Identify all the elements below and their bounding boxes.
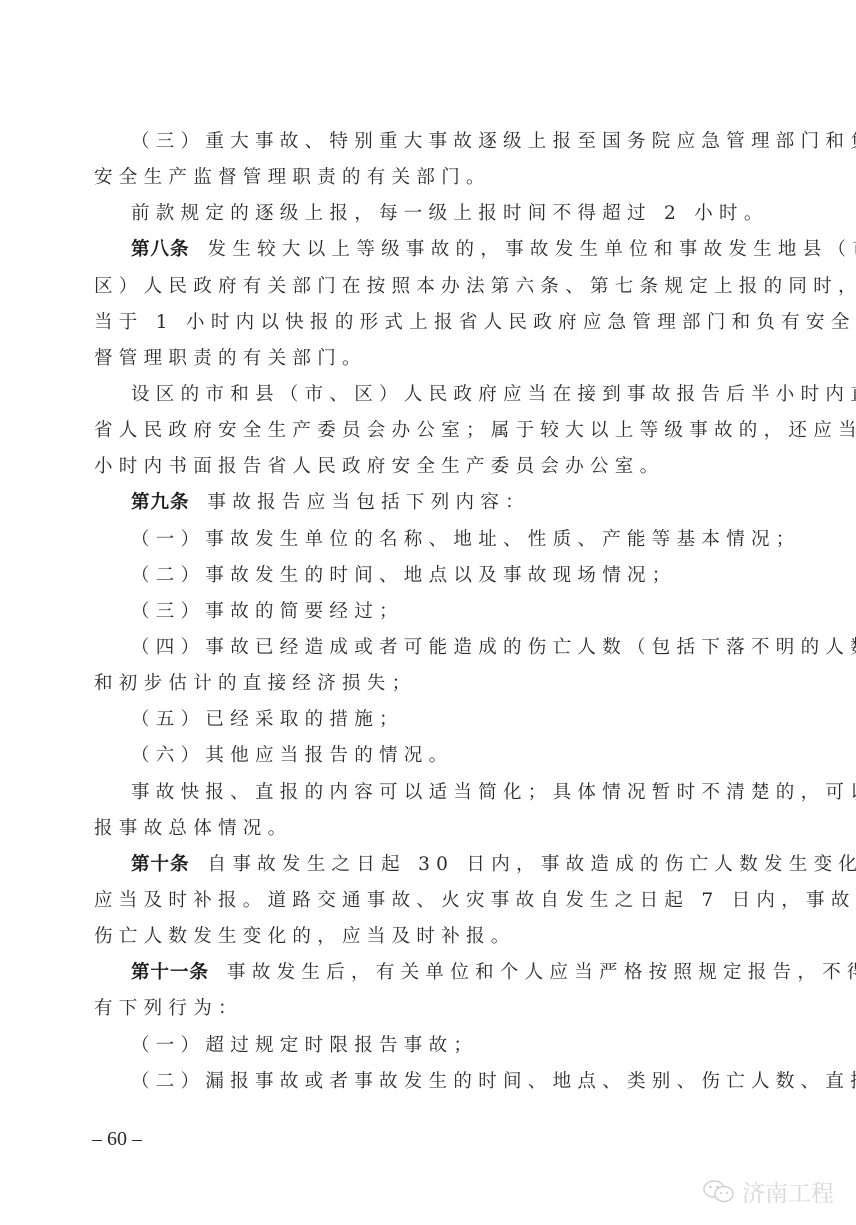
text-line: （六）其他应当报告的情况。 [94, 738, 756, 774]
text-line: 小时内书面报告省人民政府安全生产委员会办公室。 [94, 449, 756, 485]
line-text: （三）重大事故、特别重大事故逐级上报至国务院应急管理部门和负有 [131, 131, 856, 152]
line-text: 伤亡人数发生变化的，应当及时补报。 [94, 926, 516, 947]
text-line: （三）事故的简要经过； [94, 594, 756, 630]
line-text: 安全生产监督管理职责的有关部门。 [94, 167, 491, 188]
text-line: 和初步估计的直接经济损失； [94, 666, 756, 702]
article-heading: 第九条 [131, 492, 190, 513]
line-text: 督管理职责的有关部门。 [94, 348, 367, 369]
line-text: 自事故发生之日起 30 日内，事故造成的伤亡人数发生变化的， [208, 854, 856, 875]
text-line: 设区的市和县（市、区）人民政府应当在接到事故报告后半小时内直报 [94, 377, 756, 413]
page-number: – 60 – [92, 1128, 142, 1151]
text-line: 第九条事故报告应当包括下列内容： [94, 485, 756, 521]
text-line: （二）事故发生的时间、地点以及事故现场情况； [94, 558, 756, 594]
line-text: （五）已经采取的措施； [131, 709, 404, 730]
text-line: （三）重大事故、特别重大事故逐级上报至国务院应急管理部门和负有 [94, 124, 756, 160]
wechat-icon [702, 1179, 736, 1205]
line-text: （一）超过规定时限报告事故； [131, 1035, 478, 1056]
line-text: 区）人民政府有关部门在按照本办法第六条、第七条规定上报的同时，还应 [94, 276, 856, 297]
line-text: 设区的市和县（市、区）人民政府应当在接到事故报告后半小时内直报 [131, 384, 856, 405]
text-line: 当于 1 小时内以快报的形式上报省人民政府应急管理部门和负有安全生产监 [94, 305, 756, 341]
text-line: （四）事故已经造成或者可能造成的伤亡人数（包括下落不明的人数） [94, 630, 756, 666]
text-line: （二）漏报事故或者事故发生的时间、地点、类别、伤亡人数、直接经 [94, 1064, 756, 1100]
line-text: 省人民政府安全生产委员会办公室；属于较大以上等级事故的，还应当在 1 [94, 420, 856, 441]
text-line: 督管理职责的有关部门。 [94, 341, 756, 377]
article-heading: 第十一条 [131, 962, 209, 983]
document-page: （三）重大事故、特别重大事故逐级上报至国务院应急管理部门和负有 安全生产监督管理… [94, 124, 756, 1100]
line-text: （六）其他应当报告的情况。 [131, 745, 453, 766]
line-text: 事故报告应当包括下列内容： [208, 492, 530, 513]
line-text: 和初步估计的直接经济损失； [94, 673, 416, 694]
text-line: 第八条发生较大以上等级事故的，事故发生单位和事故发生地县（市、 [94, 232, 756, 268]
line-text: 发生较大以上等级事故的，事故发生单位和事故发生地县（市、 [208, 239, 856, 260]
watermark-label: 济南工程 [742, 1175, 834, 1208]
text-line: （一）事故发生单位的名称、地址、性质、产能等基本情况； [94, 522, 756, 558]
text-line: 前款规定的逐级上报，每一级上报时间不得超过 2 小时。 [94, 196, 756, 232]
line-text: （三）事故的简要经过； [131, 601, 404, 622]
line-text: 事故发生后，有关单位和个人应当严格按照规定报告，不得 [227, 962, 856, 983]
text-line: （五）已经采取的措施； [94, 702, 756, 738]
text-line: 伤亡人数发生变化的，应当及时补报。 [94, 919, 756, 955]
text-line: （一）超过规定时限报告事故； [94, 1028, 756, 1064]
watermark: 济南工程 [702, 1175, 834, 1208]
text-line: 有下列行为： [94, 991, 756, 1027]
text-line: 省人民政府安全生产委员会办公室；属于较大以上等级事故的，还应当在 1 [94, 413, 756, 449]
line-text: （二）漏报事故或者事故发生的时间、地点、类别、伤亡人数、直接经 [131, 1071, 856, 1092]
text-line: 安全生产监督管理职责的有关部门。 [94, 160, 756, 196]
line-text: 前款规定的逐级上报，每一级上报时间不得超过 2 小时。 [131, 203, 769, 224]
text-line: 事故快报、直报的内容可以适当简化；具体情况暂时不清楚的，可以先 [94, 775, 756, 811]
line-text: 应当及时补报。道路交通事故、火灾事故自发生之日起 7 日内，事故造成的 [94, 890, 856, 911]
line-text: （四）事故已经造成或者可能造成的伤亡人数（包括下落不明的人数） [131, 637, 856, 658]
line-text: 报事故总体情况。 [94, 818, 292, 839]
line-text: 当于 1 小时内以快报的形式上报省人民政府应急管理部门和负有安全生产监 [94, 312, 856, 333]
line-text: 小时内书面报告省人民政府安全生产委员会办公室。 [94, 456, 664, 477]
line-text: （一）事故发生单位的名称、地址、性质、产能等基本情况； [131, 529, 801, 550]
article-heading: 第八条 [131, 239, 190, 260]
text-line: 应当及时补报。道路交通事故、火灾事故自发生之日起 7 日内，事故造成的 [94, 883, 756, 919]
line-text: （二）事故发生的时间、地点以及事故现场情况； [131, 565, 677, 586]
text-line: 报事故总体情况。 [94, 811, 756, 847]
text-line: 第十条自事故发生之日起 30 日内，事故造成的伤亡人数发生变化的， [94, 847, 756, 883]
line-text: 有下列行为： [94, 998, 243, 1019]
text-line: 第十一条事故发生后，有关单位和个人应当严格按照规定报告，不得 [94, 955, 756, 991]
article-heading: 第十条 [131, 854, 190, 875]
line-text: 事故快报、直报的内容可以适当简化；具体情况暂时不清楚的，可以先 [131, 782, 856, 803]
text-line: 区）人民政府有关部门在按照本办法第六条、第七条规定上报的同时，还应 [94, 269, 756, 305]
